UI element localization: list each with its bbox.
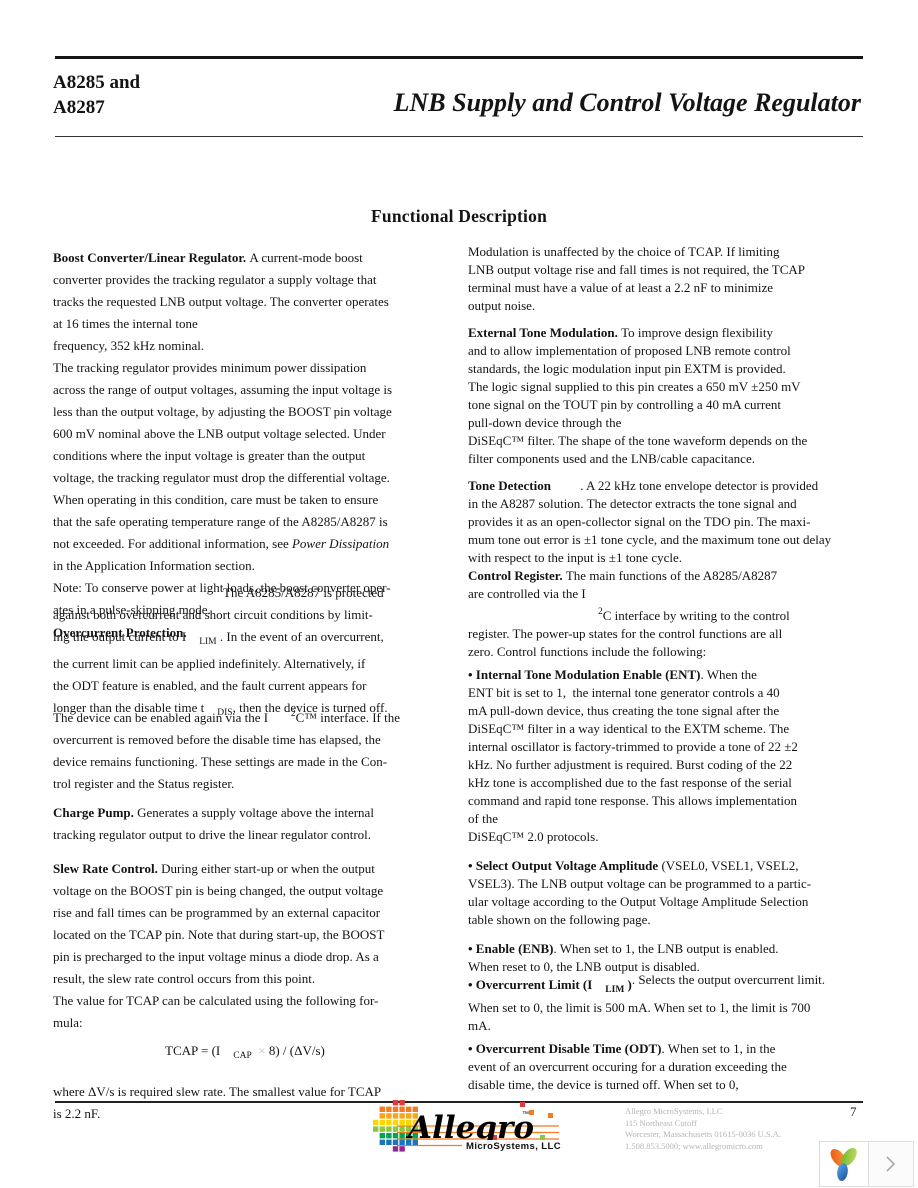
para-tone-detection: Tone Detection . A 22 kHz tone envelope …	[468, 477, 880, 567]
para-odt: • Overcurrent Disable Time (ODT). When s…	[468, 1040, 880, 1094]
text-run: Tone Detection	[468, 478, 551, 493]
text-run: ×	[258, 1043, 265, 1058]
text-run: Slew Rate Control.	[53, 861, 161, 876]
text-run: • Internal Tone Modulation Enable (ENT)	[468, 667, 700, 682]
left-column: Boost Converter/Linear Regulator. A curr…	[53, 247, 425, 1125]
next-chevron-button[interactable]	[869, 1141, 914, 1187]
para-charge-pump: Charge Pump. Generates a supply voltage …	[53, 802, 425, 846]
header-rule	[55, 136, 863, 137]
text-run: When set to 0, the limit is 500 mA. When…	[468, 1000, 810, 1033]
tri-petal-logo-button[interactable]	[819, 1141, 869, 1187]
para-ocp-heading: Overcurrent Protection.	[53, 622, 187, 644]
para-ent: • Internal Tone Modulation Enable (ENT).…	[468, 666, 880, 846]
datasheet-page: A8285 and A8287 LNB Supply and Control V…	[0, 0, 918, 1188]
text-run: DIS	[217, 708, 232, 718]
part-number-line2: A8287	[53, 95, 140, 120]
text-run: A current-mode boost converter provides …	[53, 250, 392, 551]
logo-trademark: ™	[522, 1111, 529, 1118]
text-run: , then the device is turned off.	[233, 700, 388, 715]
logo-subtitle: MicroSystems, LLC	[466, 1141, 561, 1152]
text-run: • Select Output Voltage Amplitude	[468, 858, 661, 873]
text-run: Charge Pump.	[53, 805, 137, 820]
text-run: Power Dissipation	[292, 536, 389, 551]
para-external-tone: External Tone Modulation. To improve des…	[468, 324, 880, 468]
top-rule	[55, 56, 863, 59]
allegro-logo: Allegro ™ MicroSystems, LLC	[372, 1099, 562, 1153]
right-column: Modulation is unaffected by the choice o…	[468, 243, 880, 1094]
part-numbers: A8285 and A8287	[53, 70, 140, 120]
part-number-line1: A8285 and	[53, 70, 140, 95]
text-run: During either start-up or when the outpu…	[53, 861, 384, 1030]
text-run: CAP	[233, 1051, 251, 1061]
chevron-right-icon	[886, 1156, 896, 1172]
para-ilim: • Overcurrent Limit (I LIM ). Selects th…	[468, 976, 880, 1035]
tri-petal-logo-icon	[828, 1146, 860, 1182]
address-line: Worcester, Massachusetts 01615-0036 U.S.…	[625, 1129, 781, 1141]
text-run: • Overcurrent Disable Time (ODT)	[468, 1041, 662, 1056]
text-run: LIM	[199, 637, 216, 647]
text-run: • Overcurrent Limit (I	[468, 977, 605, 992]
formula: TCAP = (I CAP × 8) / (ΔV/s)	[165, 1040, 425, 1067]
text-run: 8) / (ΔV/s)	[266, 1043, 325, 1058]
text-run: External Tone Modulation.	[468, 325, 621, 340]
page-number: 7	[850, 1104, 857, 1120]
text-run: )	[624, 977, 632, 992]
address-line: 1.508.853.5000; www.allegromicro.com	[625, 1141, 781, 1153]
section-title: Functional Description	[0, 206, 918, 227]
para-modulation: Modulation is unaffected by the choice o…	[468, 243, 880, 315]
para-enb: • Enable (ENB). When set to 1, the LNB o…	[468, 940, 880, 976]
text-run: . When the ENT bit is set to 1, the inte…	[468, 667, 798, 844]
para-vsel: • Select Output Voltage Amplitude (VSEL0…	[468, 857, 880, 929]
text-run: TCAP = (I	[165, 1043, 233, 1058]
para-slew-rate: Slew Rate Control. During either start-u…	[53, 858, 425, 1034]
overlap-region: Note: To conserve power at light loads, …	[53, 577, 425, 703]
company-address: Allegro MicroSystems, LLC 115 Northeast …	[625, 1106, 781, 1152]
text-run: Overcurrent Protection.	[53, 625, 187, 640]
text-run: Boost Converter/Linear Regulator.	[53, 250, 249, 265]
para-protected: The A8285/A8287 is protected against bot…	[53, 582, 388, 724]
para-boost: Boost Converter/Linear Regulator. A curr…	[53, 247, 425, 577]
text-run: LIM	[605, 985, 624, 995]
text-run: To improve design flexibility and to all…	[468, 325, 807, 466]
address-line: Allegro MicroSystems, LLC	[625, 1106, 781, 1118]
para-control-register: Control Register. The main functions of …	[468, 567, 880, 661]
text-run: . Selects the output overcurrent limit.	[632, 972, 825, 987]
text-run: in the Application Information section.	[53, 558, 255, 573]
text-run: • Enable (ENB)	[468, 941, 553, 956]
reader-widget	[819, 1141, 914, 1187]
document-title: LNB Supply and Control Voltage Regulator	[394, 88, 861, 118]
text-run: Control Register.	[468, 568, 566, 583]
para-where: where ΔV/s is required slew rate. The sm…	[53, 1081, 425, 1125]
address-line: 115 Northeast Cutoff	[625, 1118, 781, 1130]
text-run: Modulation is unaffected by the choice o…	[468, 244, 805, 313]
